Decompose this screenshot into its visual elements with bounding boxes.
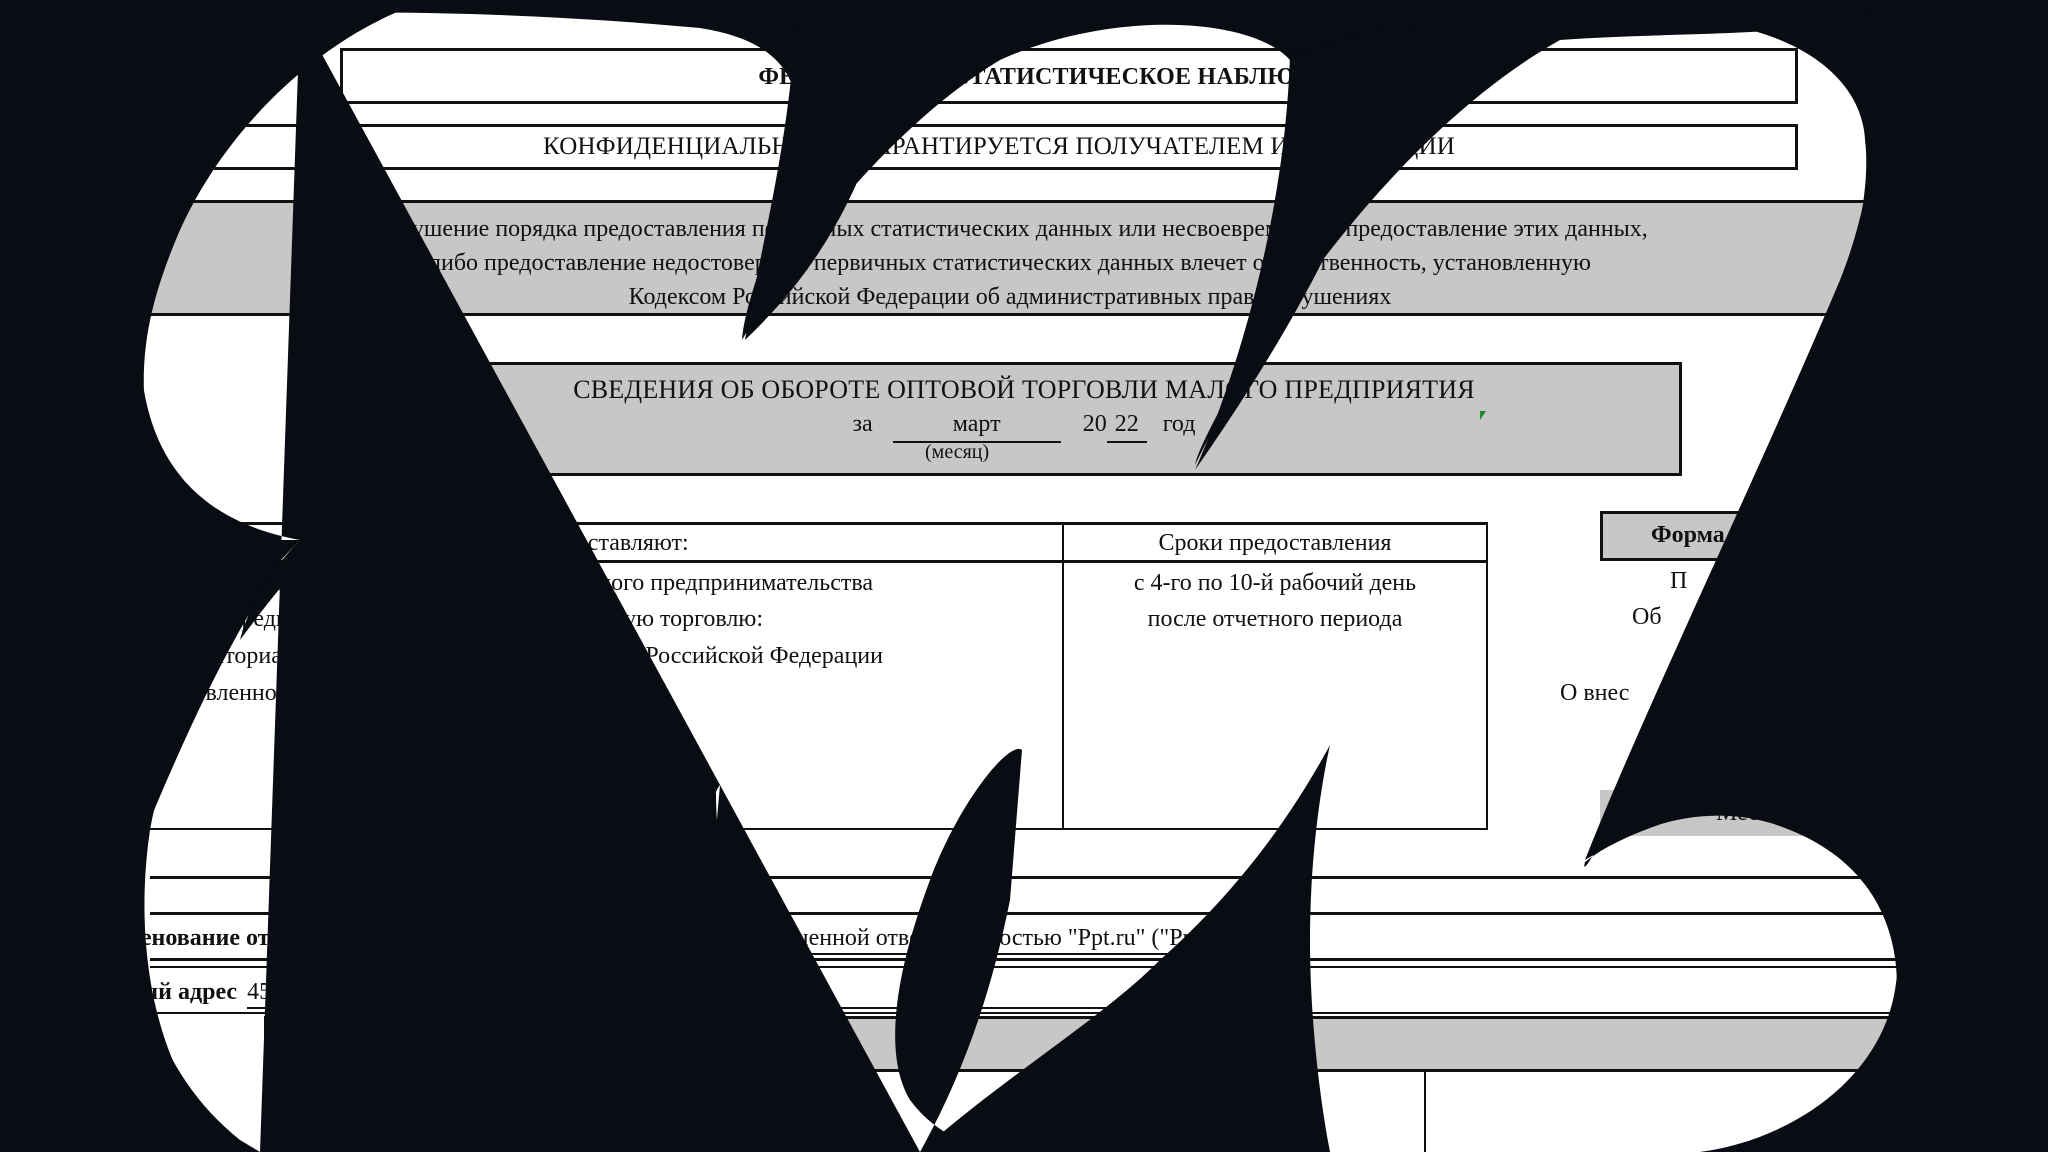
deadline-right-border [1486,522,1488,830]
address-label: Почтовый адрес [60,979,237,1005]
submitters-top-rule [150,522,1488,525]
address-bottom-rule [150,1012,1900,1014]
period-year[interactable]: 22 [1107,407,1147,443]
table-cell-fragment: от [384,1078,406,1105]
deadline-header: Сроки предоставления [1064,528,1486,558]
address-value[interactable]: 456789, г. Санкт-Петербург, пр-т Печатал… [247,977,1147,1009]
warning-block: Нарушение порядка предоставления первичн… [150,203,1870,313]
submitters-bottom-rule [150,828,1488,830]
report-period: за март 2022 год [369,407,1679,443]
org-label: Наименование отчитывающейся организации [80,925,584,951]
report-title-box: СВЕДЕНИЯ ОБ ОБОРОТЕ ОПТОВОЙ ТОРГОВЛИ МАЛ… [366,362,1682,476]
deadline-line-1: с 4-го по 10-й рабочий день [1064,565,1486,601]
header-title-box: ФЕДЕРАЛЬНОЕ СТАТИСТИЧЕСКОЕ НАБЛЮДЕНИЕ [340,48,1798,104]
table-col-1 [264,1016,266,1152]
submitters-line-2-pos: (кроме микропредприятий), осуществляющие… [90,601,763,637]
right-line-3: О внес [1560,680,1629,707]
submitters-header-rule [150,560,1488,563]
confidentiality-box: КОНФИДЕНЦИАЛЬНОСТЬ ГАРАНТИРУЕТСЯ ПОЛУЧАТ… [200,124,1798,170]
table-header-rule [264,1069,1904,1072]
submitters-line-3-pos: - территориальному органу Росстата в суб… [152,638,883,674]
confidentiality-note: КОНФИДЕНЦИАЛЬНОСТЬ ГАРАНТИРУЕТСЯ ПОЛУЧАТ… [203,127,1795,167]
org-top-rule [150,876,1900,879]
org-row: Наименование отчитывающейся организации … [80,920,1245,956]
deadline-line-2: после отчетного периода [1064,601,1486,637]
comment-marker-icon [1480,411,1486,420]
submitters-line-1-pos: юридические лица, являющиеся субъектами … [113,565,873,601]
org-bottom-rule [150,958,1900,961]
warning-line-2: либо предоставление недостоверных первич… [150,246,1870,280]
period-prefix: за [853,411,873,437]
period-year-prefix: 20 [1083,411,1107,437]
table-col-3 [1424,1069,1426,1152]
address-row: Почтовый адрес 456789, г. Санкт-Петербур… [60,974,1147,1010]
periodicity-label: Месячная [1716,800,1817,827]
submitters-line-4-pos: по установленному им адресу [106,675,412,711]
form-code-box: Форма [1600,511,2000,561]
header-title: ФЕДЕРАЛЬНОЕ СТАТИСТИЧЕСКОЕ НАБЛЮДЕНИЕ [343,51,1795,103]
period-month[interactable]: март [893,407,1061,443]
org-second-rule [150,912,1900,915]
month-caption: (месяц) [925,441,989,464]
warning-bottom-rule [150,313,1870,316]
submitters-header: Предоставляют: [150,528,1062,558]
right-line-2: Об [1632,604,1662,631]
warning-line-1: Нарушение порядка предоставления первичн… [150,212,1870,246]
form-code-label: Форма [1651,522,1725,549]
org-value[interactable]: Общество с ограниченной ответственностью… [600,923,1245,955]
report-title: СВЕДЕНИЯ ОБ ОБОРОТЕ ОПТОВОЙ ТОРГОВЛИ МАЛ… [369,373,1679,407]
right-line-1: П [1670,568,1687,595]
address-top-rule [150,966,1900,968]
table-header-band [266,1019,1906,1069]
table-col-2 [844,1069,846,1152]
period-year-word: год [1163,411,1196,437]
statistics-form-document: ФЕДЕРАЛЬНОЕ СТАТИСТИЧЕСКОЕ НАБЛЮДЕНИЕ КО… [0,0,2048,1152]
warning-line-3: Кодексом Российской Федерации об админис… [150,280,1870,314]
